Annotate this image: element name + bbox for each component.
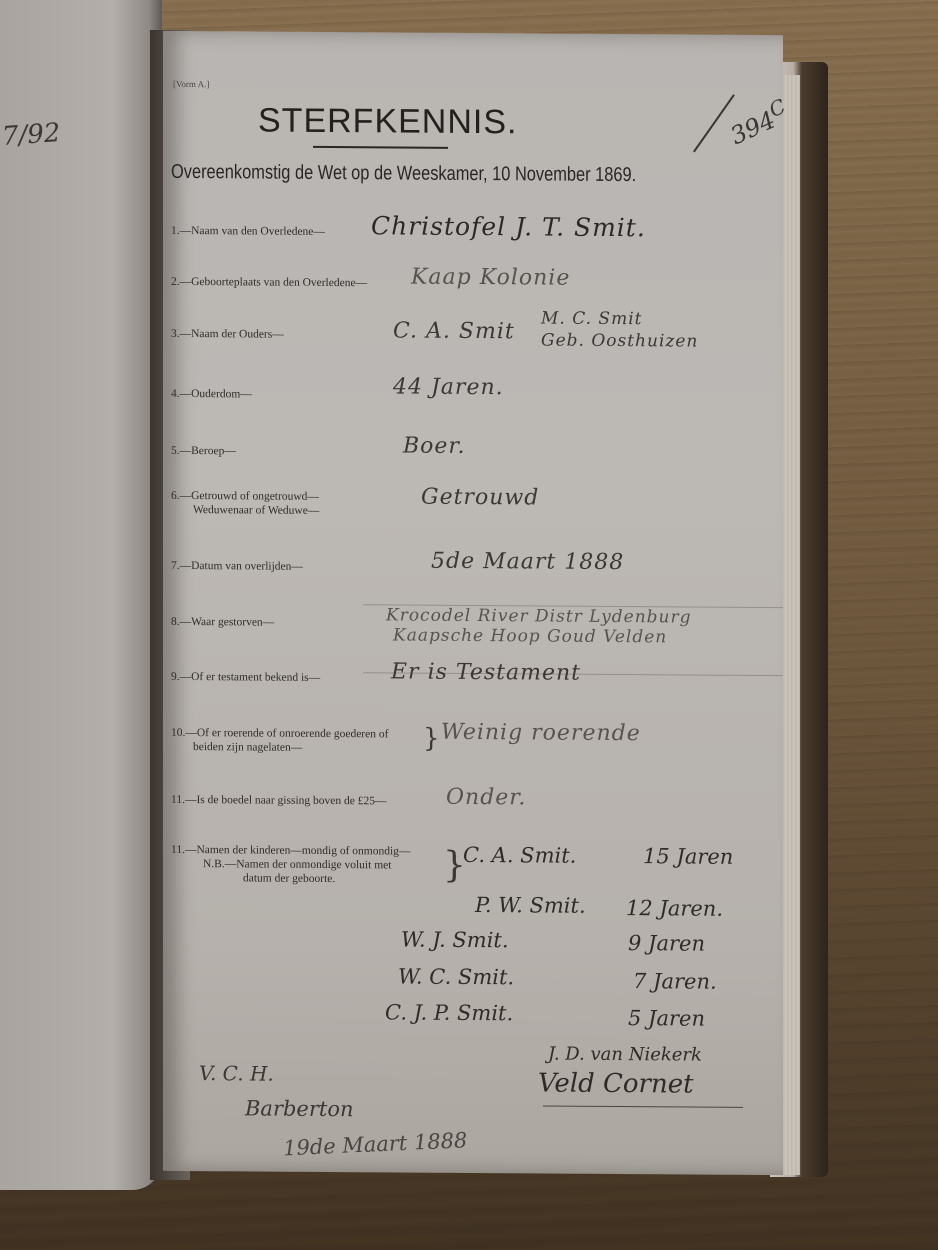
reference-number: 394C: [724, 94, 794, 150]
field-value-line2: Kaapsche Hoop Goud Velden: [393, 626, 667, 647]
child-name: C. J. P. Smit.: [385, 1000, 513, 1025]
margin-note: 7/92: [1, 118, 61, 152]
father-name: C. A. Smit: [393, 318, 515, 344]
field-value: Onder.: [446, 785, 526, 811]
field-label: 11.—Is de boedel naar gissing boven de £…: [171, 793, 386, 809]
child-age: 15 Jaren: [643, 844, 733, 869]
field-birthplace: 2.—Geboorteplaats van den Overledene— Ka…: [171, 269, 771, 273]
child-age: 9 Jaren: [628, 931, 705, 956]
mother-maiden-name: Geb. Oosthuizen: [541, 331, 698, 351]
field-value-line1: Krocodel River Distr Lydenburg: [386, 606, 692, 627]
field-parents: 3.—Naam der Ouders— C. A. Smit M. C. Smi…: [171, 321, 771, 325]
field-estate-goods: 10.—Of er roerende of onroerende goedere…: [171, 726, 771, 730]
field-label: 10.—Of er roerende of onroerende goedere…: [171, 726, 388, 756]
child-name: C. A. Smit.: [463, 843, 576, 868]
field-label-line2: N.B.—Namen der onmondige voluit met: [171, 857, 410, 873]
field-label-line1: 10.—Of er roerende of onroerende goedere…: [171, 727, 388, 741]
field-label-line3: datum der geboorte.: [171, 871, 410, 887]
field-value: Er is Testament: [391, 659, 581, 685]
field-deceased-name: 1.—Naam van den Overledene— Christofel J…: [171, 216, 771, 220]
field-label-line1: 11.—Namen der kinderen—mondig of onmondi…: [171, 844, 410, 858]
field-label: 6.—Getrouwd of ongetrouwd— Weduwenaar of…: [171, 489, 319, 518]
page-title: STERFKENNIS.: [258, 101, 517, 142]
field-label: 9.—Of er testament bekend is—: [171, 670, 320, 685]
field-testament: 9.—Of er testament bekend is— Er is Test…: [171, 666, 771, 670]
field-value: Boer.: [403, 434, 466, 459]
field-value: 44 Jaren.: [393, 374, 504, 400]
field-occupation: 5.—Beroep— Boer.: [171, 436, 771, 440]
signing-date: 19de Maart 1888: [282, 1128, 467, 1160]
mother-name: M. C. Smit: [541, 309, 642, 329]
field-value: Weinig roerende: [441, 720, 641, 746]
field-label-line2: Weduwenaar of Weduwe—: [171, 503, 319, 518]
field-value: Getrouwd: [421, 485, 539, 511]
child-age: 12 Jaren.: [626, 896, 723, 921]
child-age: 5 Jaren: [628, 1006, 705, 1031]
child-name: W. J. Smit.: [401, 927, 509, 952]
field-label: 1.—Naam van den Overledene—: [171, 224, 325, 239]
title-divider: [313, 146, 448, 149]
field-estate-value: 11.—Is de boedel naar gissing boven de £…: [171, 793, 771, 797]
brace: }: [423, 724, 440, 754]
field-label-line1: 6.—Getrouwd of ongetrouwd—: [171, 490, 319, 503]
field-age: 4.—Ouderdom— 44 Jaren.: [171, 379, 771, 383]
child-age: 7 Jaren.: [633, 969, 717, 994]
form-label: [Vorm A.]: [173, 79, 209, 89]
left-book-page: 7/92: [0, 0, 162, 1190]
signature-title: Veld Cornet: [538, 1068, 694, 1099]
child-name: P. W. Smit.: [475, 893, 586, 918]
signing-place: Barberton: [245, 1096, 354, 1121]
field-value: Kaap Kolonie: [411, 265, 570, 291]
field-marital-status: 6.—Getrouwd of ongetrouwd— Weduwenaar of…: [171, 489, 771, 493]
field-value: 5de Maart 1888: [431, 549, 624, 575]
field-label: 2.—Geboorteplaats van den Overledene—: [171, 275, 367, 290]
death-notice-form: [Vorm A.] STERFKENNIS. Overeenkomstig de…: [163, 31, 783, 1175]
field-date-of-death: 7.—Datum van overlijden— 5de Maart 1888: [171, 559, 771, 563]
field-place-of-death: 8.—Waar gestorven— Krocodel River Distr …: [171, 611, 771, 615]
field-label: 7.—Datum van overlijden—: [171, 559, 303, 574]
field-label: 3.—Naam der Ouders—: [171, 327, 284, 342]
field-label: 5.—Beroep—: [171, 444, 236, 458]
signature-underline: [543, 1105, 743, 1107]
child-name: W. C. Smit.: [398, 964, 514, 989]
field-label: 4.—Ouderdom—: [171, 387, 252, 402]
field-label-line2: beiden zijn nagelaten—: [171, 740, 388, 756]
office-initials: V. C. H.: [199, 1061, 274, 1086]
field-label: 11.—Namen der kinderen—mondig of onmondi…: [171, 843, 410, 887]
form-subtitle: Overeenkomstig de Wet op de Weeskamer, 1…: [171, 161, 636, 187]
field-value: Christofel J. T. Smit.: [371, 211, 646, 242]
field-label: 8.—Waar gestorven—: [171, 615, 274, 630]
signature-name: J. D. van Niekerk: [548, 1044, 702, 1066]
